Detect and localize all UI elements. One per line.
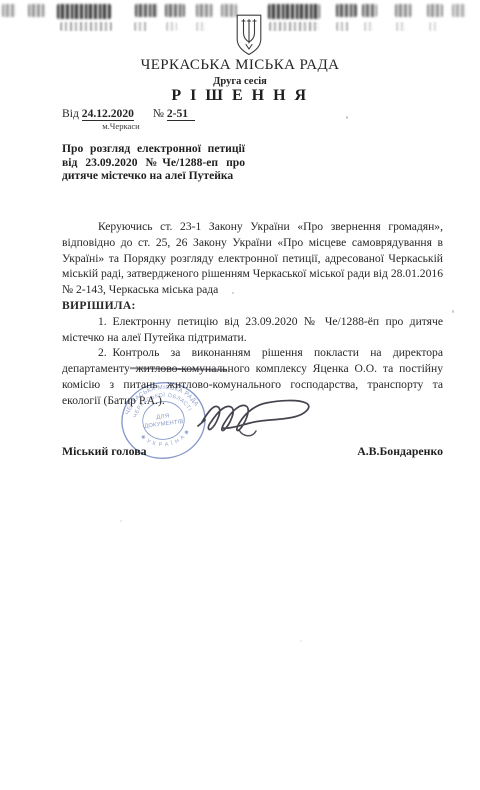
scan-artifact [427, 4, 443, 17]
scan-speck [300, 640, 302, 642]
date-value: 24.12.2020 [82, 107, 134, 121]
organization-name: ЧЕРКАСЬКА МІСЬКА РАДА [0, 57, 480, 74]
scan-speck [452, 310, 454, 313]
scan-artifact [269, 22, 319, 31]
scan-artifact [135, 4, 158, 17]
scan-artifact [268, 4, 320, 19]
decision-item-1: 1. Електронну петицію від 23.09.2020 № Ч… [62, 314, 443, 346]
scan-artifact [166, 22, 177, 31]
session-label: Друга сесія [0, 76, 480, 87]
scan-artifact [336, 22, 349, 31]
decided-label: ВИРІШИЛА: [62, 298, 443, 314]
scan-artifact [396, 22, 406, 31]
city-label: м.Черкаси [86, 121, 156, 131]
scan-artifact [196, 4, 213, 17]
scan-artifact [221, 4, 237, 17]
scan-artifact [452, 4, 466, 17]
scan-artifact [362, 4, 377, 17]
stamp-center-line1: ДЛЯ [156, 413, 170, 421]
number-value: 2-51 [167, 107, 195, 121]
scan-artifact [28, 4, 45, 17]
document-type-title: Р І Ш Е Н Н Я [0, 87, 480, 105]
scan-artifact [165, 4, 185, 17]
scan-artifact [2, 4, 16, 17]
scan-artifact [336, 4, 357, 17]
preamble-paragraph: Керуючись ст. 23-1 Закону України «Про з… [62, 219, 443, 298]
doc-meta-line: Від 24.12.2020 № 2-51 [62, 107, 195, 120]
scan-artifact [364, 22, 373, 31]
tryzub-shield-icon [236, 14, 262, 56]
scan-speck [346, 116, 348, 119]
signer-name: А.В.Бондаренко [357, 444, 443, 459]
scan-speck [232, 292, 234, 294]
scan-artifact [57, 4, 111, 19]
scan-artifact [134, 22, 147, 31]
scanned-document-page: { "doc": { "header": { "org": "ЧЕРКАСЬКА… [0, 0, 480, 790]
scan-artifact [395, 4, 412, 17]
subject-paragraph: Про розгляд електронної петиції від 23.0… [62, 142, 245, 183]
scan-artifact [60, 22, 112, 31]
date-label: Від [62, 107, 79, 120]
handwritten-signature [192, 391, 320, 445]
scan-artifact [429, 22, 437, 31]
scan-artifact [196, 22, 206, 31]
scan-speck [120, 520, 122, 522]
stamp-center-line2: ДОКУМЕНТІВ [144, 419, 184, 430]
number-label: № [153, 107, 164, 120]
